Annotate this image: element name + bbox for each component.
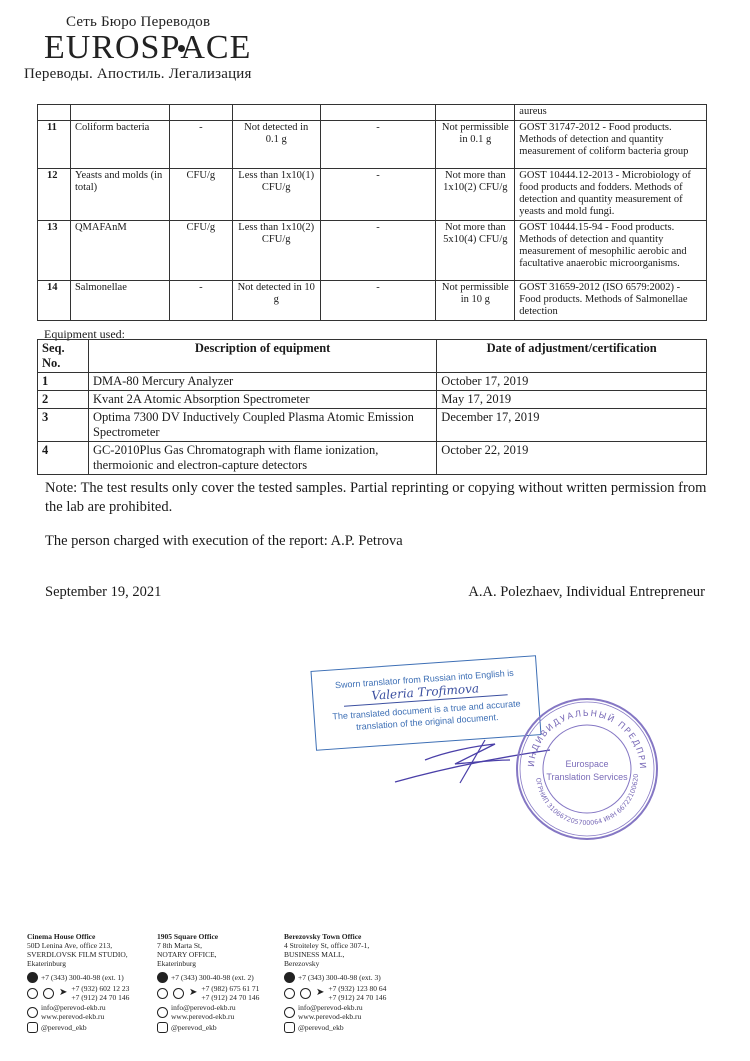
seal-center-line-2: Translation Services [546, 772, 628, 782]
results-table: aureus 11 Coliform bacteria - Not detect… [37, 104, 707, 321]
equipment-row: 2 Kvant 2A Atomic Absorption Spectromete… [38, 391, 707, 409]
office-mobile[interactable]: +7 (932) 602 12 23 [71, 984, 129, 993]
table-row: 14 Salmonellae - Not detected in 10 g - … [38, 281, 707, 321]
instagram-icon [157, 1022, 168, 1033]
equipment-description: GC-2010Plus Gas Chromatograph with flame… [88, 442, 436, 475]
row-number: 13 [38, 221, 71, 281]
equipment-date: December 17, 2019 [437, 409, 707, 442]
col5-cell: - [320, 121, 436, 169]
equipment-date: May 17, 2019 [437, 391, 707, 409]
viber-icon [43, 988, 54, 999]
table-row: 13 QMAFAnM CFU/g Less than 1x10(2) CFU/g… [38, 221, 707, 281]
office-phone[interactable]: +7 (343) 300-40-98 (ext. 3) [298, 973, 381, 982]
office-address: 50D Lenina Ave, office 213, [27, 941, 129, 950]
norm-cell: Not more than 1x10(2) CFU/g [436, 169, 515, 221]
equipment-description: DMA-80 Mercury Analyzer [88, 373, 436, 391]
office-instagram[interactable]: @perevod_ekb [41, 1023, 87, 1032]
norm-cell: Not permissible in 0.1 g [436, 121, 515, 169]
office-address: Berezovsky [284, 959, 386, 968]
office-website[interactable]: www.perevod-ekb.ru [171, 1012, 236, 1021]
norm-cell: Not more than 5x10(4) CFU/g [436, 221, 515, 281]
equipment-date: October 22, 2019 [437, 442, 707, 475]
office-mobile[interactable]: +7 (912) 24 70 146 [201, 993, 259, 1002]
indicator-cell: Coliform bacteria [70, 121, 169, 169]
office-mobile[interactable]: +7 (982) 675 61 71 [201, 984, 259, 993]
email-icon [157, 1007, 168, 1018]
office-email[interactable]: info@perevod-ekb.ru [41, 1003, 106, 1012]
whatsapp-icon [157, 988, 168, 999]
office-1905-square: 1905 Square Office 7 8th Marta St, NOTAR… [157, 932, 259, 1034]
email-icon [284, 1007, 295, 1018]
instagram-icon [284, 1022, 295, 1033]
report-date: September 19, 2021 [45, 583, 161, 602]
brand-right: ACE [180, 29, 251, 66]
seal-icon: ИНДИВИДУАЛЬНЫЙ ПРЕДПРИНИМАТЕЛЬ ОГРНИП 31… [512, 694, 662, 844]
table-row: 11 Coliform bacteria - Not detected in 0… [38, 121, 707, 169]
method-cell: aureus [515, 105, 707, 121]
responsible-person: The person charged with execution of the… [45, 532, 403, 551]
method-cell: GOST 10444.12-2013 - Microbiology of foo… [515, 169, 707, 221]
unit-cell: - [169, 121, 232, 169]
col5-cell: - [320, 281, 436, 321]
office-cinema-house: Cinema House Office 50D Lenina Ave, offi… [27, 932, 129, 1034]
tagline: Переводы. Апостиль. Легализация [24, 66, 252, 83]
col5-cell: - [320, 221, 436, 281]
whatsapp-icon [27, 988, 38, 999]
office-address: Ekaterinburg [27, 959, 129, 968]
office-title: 1905 Square Office [157, 932, 259, 941]
office-address: 7 8th Marta St, [157, 941, 259, 950]
office-address: NOTARY OFFICE, [157, 950, 259, 959]
brand-left: EUROSP [44, 29, 180, 66]
equipment-description: Optima 7300 DV Inductively Coupled Plasm… [88, 409, 436, 442]
row-number: 12 [38, 169, 71, 221]
result-cell: Less than 1x10(1) CFU/g [232, 169, 320, 221]
equipment-row: 4 GC-2010Plus Gas Chromatograph with fla… [38, 442, 707, 475]
unit-cell: CFU/g [169, 221, 232, 281]
office-mobile[interactable]: +7 (932) 123 80 64 [328, 984, 386, 993]
equipment-row: 3 Optima 7300 DV Inductively Coupled Pla… [38, 409, 707, 442]
date-header: Date of adjustment/certification [437, 340, 707, 373]
indicator-cell: Salmonellae [70, 281, 169, 321]
office-title: Cinema House Office [27, 932, 129, 941]
signer-name: A.A. Polezhaev, Individual Entrepreneur [468, 583, 705, 602]
row-number: 14 [38, 281, 71, 321]
office-email[interactable]: info@perevod-ekb.ru [298, 1003, 363, 1012]
office-mobile[interactable]: +7 (912) 24 70 146 [71, 993, 129, 1002]
row-number: 2 [38, 391, 89, 409]
telegram-icon: ➤ [189, 988, 197, 999]
seal-center-line-1: Eurospace [565, 759, 608, 769]
indicator-cell: QMAFAnM [70, 221, 169, 281]
whatsapp-icon [284, 988, 295, 999]
method-cell: GOST 31747-2012 - Food products. Methods… [515, 121, 707, 169]
result-cell: Not detected in 0.1 g [232, 121, 320, 169]
office-email[interactable]: info@perevod-ekb.ru [171, 1003, 236, 1012]
note-text: Note: The test results only cover the te… [45, 479, 715, 517]
table-row: 12 Yeasts and molds (in total) CFU/g Les… [38, 169, 707, 221]
unit-cell: - [169, 281, 232, 321]
result-cell: Less than 1x10(2) CFU/g [232, 221, 320, 281]
result-cell: Not detected in 10 g [232, 281, 320, 321]
office-address: BUSINESS MALL, [284, 950, 386, 959]
indicator-cell: Yeasts and molds (in total) [70, 169, 169, 221]
telegram-icon: ➤ [316, 988, 324, 999]
table-row-continuation: aureus [38, 105, 707, 121]
col5-cell: - [320, 169, 436, 221]
office-phone[interactable]: +7 (343) 300-40-98 (ext. 1) [41, 973, 124, 982]
row-number: 1 [38, 373, 89, 391]
phone-icon [27, 972, 38, 983]
translator-stamp: Sworn translator from Russian into Engli… [310, 655, 541, 751]
telegram-icon: ➤ [59, 988, 67, 999]
equipment-date: October 17, 2019 [437, 373, 707, 391]
viber-icon [300, 988, 311, 999]
unit-cell: CFU/g [169, 169, 232, 221]
phone-icon [157, 972, 168, 983]
office-phone[interactable]: +7 (343) 300-40-98 (ext. 2) [171, 973, 254, 982]
phone-icon [284, 972, 295, 983]
row-number: 11 [38, 121, 71, 169]
office-address: 4 Stroiteley St, office 307-1, [284, 941, 386, 950]
equipment-header-row: Seq. No. Description of equipment Date o… [38, 340, 707, 373]
office-instagram[interactable]: @perevod_ekb [298, 1023, 344, 1032]
office-address: Ekaterinburg [157, 959, 259, 968]
brand-logo: EUROSPACE [44, 30, 251, 66]
equipment-table: Seq. No. Description of equipment Date o… [37, 339, 707, 475]
office-berezovsky: Berezovsky Town Office 4 Stroiteley St, … [284, 932, 386, 1034]
email-icon [27, 1007, 38, 1018]
description-header: Description of equipment [88, 340, 436, 373]
office-mobile[interactable]: +7 (912) 24 70 146 [328, 993, 386, 1002]
viber-icon [173, 988, 184, 999]
row-number: 4 [38, 442, 89, 475]
office-website[interactable]: www.perevod-ekb.ru [41, 1012, 106, 1021]
method-cell: GOST 10444.15-94 - Food products. Method… [515, 221, 707, 281]
office-website[interactable]: www.perevod-ekb.ru [298, 1012, 363, 1021]
method-cell: GOST 31659-2012 (ISO 6579:2002) - Food p… [515, 281, 707, 321]
seq-header: Seq. No. [38, 340, 89, 373]
equipment-description: Kvant 2A Atomic Absorption Spectrometer [88, 391, 436, 409]
instagram-icon [27, 1022, 38, 1033]
office-instagram[interactable]: @perevod_ekb [171, 1023, 217, 1032]
row-number: 3 [38, 409, 89, 442]
office-address: SVERDLOVSK FILM STUDIO, [27, 950, 129, 959]
office-title: Berezovsky Town Office [284, 932, 386, 941]
norm-cell: Not permissible in 10 g [436, 281, 515, 321]
equipment-row: 1 DMA-80 Mercury Analyzer October 17, 20… [38, 373, 707, 391]
